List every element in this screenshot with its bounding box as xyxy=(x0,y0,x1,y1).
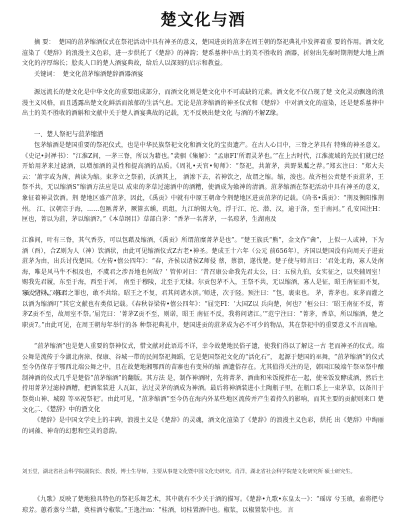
keywords-label: 关键词： xyxy=(34,71,59,78)
section2-paragraph-1: 《楚辞》是中国文学史上的丰碑，浪漫主义是《楚辞》的灵魂，酒文化渲染了《楚辞》的浪… xyxy=(22,416,384,437)
document-title: 楚文化与酒 xyxy=(22,10,384,30)
abstract-text: 楚国的菹茅缩酒仪式在祭祀活动中具有神圣的意义，楚国进贡的菹茅在周王朝的祭祀典礼中… xyxy=(22,39,384,67)
intro-paragraph: 源远流长的楚文化是中华文化的重要组成部分，而酒文化则是楚文化中不可或缺的元素。酒… xyxy=(22,88,384,120)
section1-paragraph-3: ‘贡之不入，寡君之罪也，敢不共给。昭王之不复，君其问诸水滨。’师进，次于陉。预注… xyxy=(22,289,384,331)
section-heading-2: 二、《楚辞》中的酒文化 xyxy=(34,405,100,416)
continuation-paragraph: 《九歌》反映了楚地独具特色的祭祀乐舞艺术，其中就有不少关于酒的描写。《楚辞•九歌… xyxy=(22,495,384,516)
keywords-text: 楚文化菹茅缩酒楚辞酒器酒宴 xyxy=(63,71,144,78)
abstract-paragraph: 摘 要：楚国的菹茅缩酒仪式在祭祀活动中具有神圣的意义，楚国进贡的菹茅在周王朝的祭… xyxy=(22,38,384,70)
section-heading-1: 一、楚人祭祀与菹茅缩酒 xyxy=(34,130,103,141)
author-footnote: 刘玉堂，湖北省社会科学院副院长、教授，博士生导师，主要从事楚文化暨中国文化史研究… xyxy=(22,468,384,477)
abstract-label: 摘 要： xyxy=(34,39,55,46)
section1-paragraph-1: 包茅缩酒是楚国重要的祭祀仪式，也是中华民族祭祀文化和酒文化的宝贵遗产。在古人心目… xyxy=(22,141,384,226)
keywords-paragraph: 关键词：楚文化菹茅缩酒楚辞酒器酒宴 xyxy=(22,70,384,81)
